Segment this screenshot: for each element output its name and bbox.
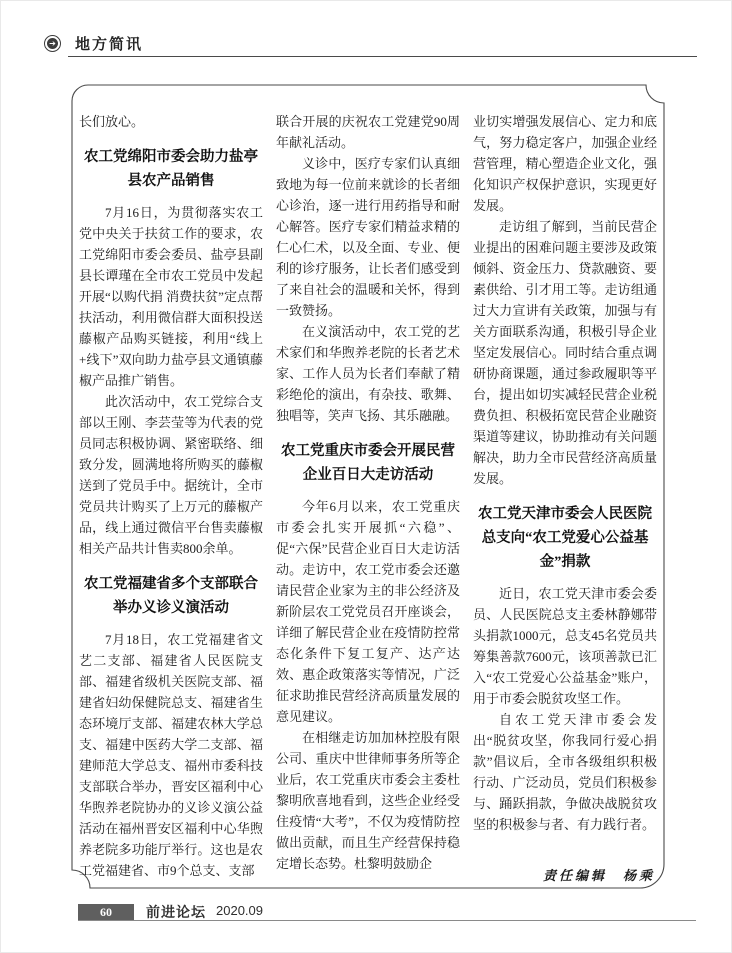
paragraph: 在相继走访加加林控股有限公司、重庆中世律师事务所等企业后，农工党重庆市委会主委杜… [276, 727, 460, 874]
paragraph: 长们放心。 [79, 111, 263, 132]
article-title: 农工党重庆市委会开展民营企业百日大走访活动 [280, 439, 456, 487]
issue-date: 2020.09 [216, 903, 263, 918]
magazine-page: ➔ 地方简讯 长们放心。农工党绵阳市委会助力盐亭县农产品销售7月16日，为贯彻落… [0, 0, 732, 953]
article-column-1: 长们放心。农工党绵阳市委会助力盐亭县农产品销售7月16日，为贯彻落实农工党中央关… [79, 111, 263, 883]
arrow-circle-icon: ➔ [44, 35, 61, 52]
header-rule [68, 56, 697, 57]
article-body: 长们放心。农工党绵阳市委会助力盐亭县农产品销售7月16日，为贯彻落实农工党中央关… [79, 111, 657, 883]
paragraph: 自农工党天津市委会发出“脱贫攻坚，你我同行爱心捐款”倡议后，全市各级组织积极行动… [473, 709, 657, 835]
article-title: 农工党天津市委会人民医院总支向“农工党爱心公益基金”捐款 [477, 502, 653, 574]
editor-credit: 责任编辑 杨乘 [473, 865, 655, 884]
journal-title: 前进论坛 [146, 902, 206, 922]
footer-rule [78, 920, 696, 921]
section-title: 地方简讯 [75, 33, 143, 54]
paragraph: 走访组了解到，当前民营企业提出的困难问题主要涉及政策倾斜、资金压力、贷款融资、要… [473, 216, 657, 489]
article-column-2: 联合开展的庆祝农工党建党90周年献礼活动。义诊中，医疗专家们认真细致地为每一位前… [276, 111, 460, 883]
article-column-3: 业切实增强发展信心、定力和底气，努力稳定客户，加强企业经营管理，精心塑造企业文化… [473, 111, 657, 883]
article-title: 农工党福建省多个支部联合举办义诊义演活动 [83, 572, 259, 620]
paragraph: 业切实增强发展信心、定力和底气，努力稳定客户，加强企业经营管理，精心塑造企业文化… [473, 111, 657, 216]
paragraph: 在义演活动中，农工党的艺术家们和华煦养老院的长者艺术家、工作人员为长者们奉献了精… [276, 321, 460, 426]
article-title: 农工党绵阳市委会助力盐亭县农产品销售 [83, 145, 259, 193]
paragraph: 今年6月以来，农工党重庆市委会扎实开展抓“六稳”、促“六保”民营企业百日大走访活… [276, 496, 460, 727]
paragraph: 7月16日，为贯彻落实农工党中央关于扶贫工作的要求，农工党绵阳市委会委员、盐亭县… [79, 202, 263, 391]
paragraph: 近日，农工党天津市委会委员、人民医院总支主委林静娜带头捐款1000元，总支45名… [473, 583, 657, 709]
paragraph: 此次活动中，农工党综合支部以王刚、李芸莹等为代表的党员同志积极协调、紧密联络、细… [79, 391, 263, 559]
paragraph: 联合开展的庆祝农工党建党90周年献礼活动。 [276, 111, 460, 153]
page-number-badge: 60 [78, 904, 134, 920]
paragraph: 义诊中，医疗专家们认真细致地为每一位前来就诊的长者细心诊治，逐一进行用药指导和耐… [276, 153, 460, 321]
paragraph: 7月18日，农工党福建省文艺二支部、福建省人民医院支部、福建省级机关医院支部、福… [79, 629, 263, 881]
